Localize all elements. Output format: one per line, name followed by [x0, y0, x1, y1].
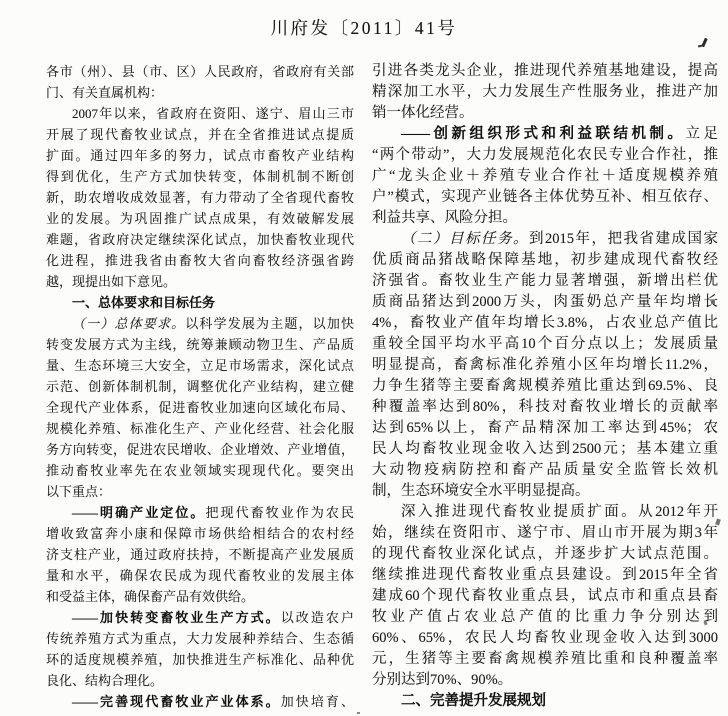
body-text-run: 建成60个现代畜牧业重点县，试点市和重点县畜 [372, 588, 718, 604]
scan-speck [711, 300, 715, 304]
body-text-run: 越，现提出如下意见。 [46, 274, 176, 289]
text-line: 各市（州）、县（市、区）人民政府，省政府有关部 [46, 61, 354, 82]
body-text-run: 规模化养殖、标准化生产、产业化经营、社会化服 [46, 421, 354, 436]
text-line: 化进程，推进我省由畜牧大省向畜牧经济强省跨 [46, 250, 354, 271]
body-text-run: 增收致富奔小康和保障市场供给相结合的农村经 [46, 526, 354, 541]
body-text-run: 户”模式，实现产业链各主体优势互补、相互依存、 [372, 189, 718, 205]
text-line: 规模化养殖、标准化生产、产业化经营、社会化服 [46, 418, 354, 439]
body-text-run: 良化、结构合理化。 [46, 673, 163, 688]
body-text-run: 量、生态环境三大安全，立足市场需求，深化试点 [46, 358, 354, 373]
text-line: 4%，畜牧业产值年均增长3.8%，占农业总产值比 [372, 313, 718, 334]
text-line: 质商品猪达到2000万头，肉蛋奶总产量年均增长 [372, 292, 718, 313]
body-text-run: 以科学发展为主题，以加快 [185, 316, 354, 331]
body-text-run: 民人均畜牧业现金收入达到2500元；基本建立重 [372, 441, 718, 457]
text-line: 二、完善提升发展规划 [372, 691, 718, 712]
body-text-run: 重较全国平均水平高10个百分点以上；发展质量 [372, 336, 718, 352]
body-text-run: 精深加工水平，大力发展生产性服务业，推进产加 [372, 84, 718, 100]
body-text-run: 难题，省政府决定继续深化试点，加快畜牧业现代 [46, 232, 354, 247]
body-text-run: 力争生猪等主要畜禽规模养殖比重达到69.5%、良 [372, 378, 718, 394]
text-line: 示范、创新体制机制，调整优化产业结构，建立健 [46, 376, 354, 397]
text-line: 分别达到70%、90%。 [372, 670, 718, 691]
body-text-run: 种覆盖率达到80%，科技对畜牧业增长的贡献率 [372, 399, 718, 415]
text-line: 增收致富奔小康和保障市场供给相结合的农村经 [46, 523, 354, 544]
text-line: 传统养殖方式为重点，大力发展种养结合、生态循 [46, 628, 354, 649]
text-line: ——明确产业定位。把现代畜牧业作为农民 [46, 502, 354, 523]
text-line: 始，继续在资阳市、遂宁市、眉山市开展为期3年 [372, 523, 718, 544]
body-text-run: 示范、创新体制机制，调整优化产业结构，建立健 [46, 379, 354, 394]
text-line: 制，生态环境安全水平明显提高。 [372, 481, 718, 502]
body-text-run: 元，生猪等主要畜禽规模养殖比重和良种覆盖率 [372, 651, 718, 667]
text-line: 务方向转变，促进农民增收、企业增效、产业增值， [46, 439, 354, 460]
body-text-run: 以下重点： [46, 484, 111, 499]
body-text-run: 门、有关直属机构： [46, 85, 163, 100]
text-line: 量、生态环境三大安全，立足市场需求，深化试点 [46, 355, 354, 376]
text-line: 开展了现代畜牧业试点，并在全省推进试点提质 [46, 124, 354, 145]
scan-speck [357, 712, 360, 714]
text-line: 全现代产业体系，促进畜牧业加速向区域化布局、 [46, 397, 354, 418]
text-line: 济强省。畜牧业生产能力显著增强，新增出栏优 [372, 271, 718, 292]
bold-heading-run: 一、总体要求和目标任务 [72, 295, 215, 310]
text-line: 量和水平，确保农民成为现代畜牧业的发展主体 [46, 565, 354, 586]
text-line: 引进各类龙头企业，推进现代养殖基地建设，提高 [372, 61, 718, 82]
text-line: 扩面。通过四年多的努力，试点市畜牧产业结构 [46, 145, 354, 166]
body-text-run: 环的适度规模养殖，加快推进生产标准化、品种优 [46, 652, 354, 667]
body-text-run: 2007年以来，省政府在资阳、遂宁、眉山三市 [72, 106, 354, 121]
doc-number: 川府发〔2011〕41号 [0, 15, 728, 40]
text-line: 新，助农增收成效显著，有力带动了全省现代畜牧 [46, 187, 354, 208]
body-text-run: 4%，畜牧业产值年均增长3.8%，占农业总产值比 [372, 315, 718, 331]
body-text-run: 各市（州）、县（市、区）人民政府，省政府有关部 [46, 64, 354, 79]
body-text-run: 传统养殖方式为重点，大力发展种养结合、生态循 [46, 631, 354, 646]
bold-heading-run: 二、完善提升发展规划 [401, 693, 546, 709]
bold-heading-run: ——明确产业定位。 [72, 505, 205, 520]
scan-speck [697, 36, 711, 52]
body-text-run: 加快培育、 [281, 694, 354, 709]
text-line: 重较全国平均水平高10个百分点以上；发展质量 [372, 334, 718, 355]
body-text-run: 推动畜牧业率先在农业领域实现现代化。要突出 [46, 463, 354, 478]
body-text-run: 以改造农户 [281, 610, 354, 625]
body-text-run: 到2015年，把我省建成国家 [529, 231, 718, 247]
text-line: 以下重点： [46, 481, 354, 502]
text-line: 明显提高，畜禽标准化养殖小区年均增长11.2%， [372, 355, 718, 376]
text-line: （二）目标任务。到2015年，把我省建成国家 [372, 229, 718, 250]
body-text-run: 的现代畜牧业深化试点，并逐步扩大试点范围。 [372, 546, 718, 562]
body-text-run: 质商品猪达到2000万头，肉蛋奶总产量年均增长 [372, 294, 718, 310]
body-text-run: 新，助农增收成效显著，有力带动了全省现代畜牧 [46, 190, 354, 205]
body-text-run: 销一体化经营。 [372, 105, 474, 121]
body-text-run: 务方向转变，促进农民增收、企业增效、产业增值， [46, 442, 354, 457]
text-line: 业的发展。为巩固推广试点成果，有效破解发展 [46, 208, 354, 229]
body-text-run: 立足 [686, 126, 719, 142]
text-line: “两个带动”，大力发展规范化农民专业合作社，推 [372, 145, 718, 166]
body-text-run: 得到优化，生产方式加快转变，体制机制不断创 [46, 169, 354, 184]
body-text-run: 济强省。畜牧业生产能力显著增强，新增出栏优 [372, 273, 718, 289]
text-line: 大动物疫病防控和畜产品质量安全监管长效机 [372, 460, 718, 481]
body-text-run: 量和水平，确保农民成为现代畜牧业的发展主体 [46, 568, 354, 583]
text-line: 牧业产值占农业总产值的比重力争分别达到 [372, 607, 718, 628]
right-column: 引进各类龙头企业，推进现代养殖基地建设，提高精深加工水平，大力发展生产性服务业，… [372, 61, 718, 712]
body-text-run: 把现代畜牧业作为农民 [205, 505, 354, 520]
text-line: 2007年以来，省政府在资阳、遂宁、眉山三市 [46, 103, 354, 124]
text-line: ——加快转变畜牧业生产方式。以改造农户 [46, 607, 354, 628]
body-text-run: 全现代产业体系，促进畜牧业加速向区域化布局、 [46, 400, 354, 415]
text-line: （一）总体要求。以科学发展为主题，以加快 [46, 313, 354, 334]
text-line: 良化、结构合理化。 [46, 670, 354, 691]
bold-heading-run: ——加快转变畜牧业生产方式。 [72, 610, 281, 625]
bold-heading-run: ——完善现代畜牧业产业体系。 [72, 694, 281, 709]
text-line: 达到65%以上，畜产品精深加工率达到45%；农 [372, 418, 718, 439]
text-line: 力争生猪等主要畜禽规模养殖比重达到69.5%、良 [372, 376, 718, 397]
text-line: 越，现提出如下意见。 [46, 271, 354, 292]
text-line: 销一体化经营。 [372, 103, 718, 124]
body-text-run: 始，继续在资阳市、遂宁市、眉山市开展为期3年 [372, 525, 718, 541]
body-text-run: 和受益主体，确保畜产品有效供给。 [46, 589, 254, 604]
left-column: 各市（州）、县（市、区）人民政府，省政府有关部门、有关直属机构：2007年以来，… [46, 61, 354, 712]
text-line: 优质商品猪战略保障基地，初步建成现代畜牧经 [372, 250, 718, 271]
body-text-run: 牧业产值占农业总产值的比重力争分别达到 [372, 609, 718, 625]
body-text-run: 业的发展。为巩固推广试点成果，有效破解发展 [46, 211, 354, 226]
text-line: 一、总体要求和目标任务 [46, 292, 354, 313]
text-line: 深入推进现代畜牧业提质扩面。从2012年开 [372, 502, 718, 523]
body-text-run: 济支柱产业，通过政府扶持，不断提高产业发展质 [46, 547, 354, 562]
body-text-run: 扩面。通过四年多的努力，试点市畜牧产业结构 [46, 148, 354, 163]
text-line: 得到优化，生产方式加快转变，体制机制不断创 [46, 166, 354, 187]
body-text-run: 60%、65%，农民人均畜牧业现金收入达到3000 [372, 630, 718, 646]
text-line: 环的适度规模养殖，加快推进生产标准化、品种优 [46, 649, 354, 670]
body-text-run: 继续推进现代畜牧业重点县建设。到2015年全省 [372, 567, 718, 583]
text-line: 的现代畜牧业深化试点，并逐步扩大试点范围。 [372, 544, 718, 565]
text-line: 和受益主体，确保畜产品有效供给。 [46, 586, 354, 607]
body-text-run: 深入推进现代畜牧业提质扩面。从2012年开 [401, 504, 718, 520]
body-text-run: 分别达到70%、90%。 [372, 672, 512, 688]
bold-heading-run: ——创新组织形式和利益联结机制。 [401, 126, 686, 142]
body-text-run: “两个带动”，大力发展规范化农民专业合作社，推 [372, 147, 718, 163]
document-page: 川府发〔2011〕41号 各市（州）、县（市、区）人民政府，省政府有关部门、有关… [0, 0, 728, 716]
text-line: 户”模式，实现产业链各主体优势互补、相互依存、 [372, 187, 718, 208]
text-line: 门、有关直属机构： [46, 82, 354, 103]
body-text-run: 广“龙头企业＋养殖专业合作社＋适度规模养殖 [372, 168, 718, 184]
text-line: 难题，省政府决定继续深化试点，加快畜牧业现代 [46, 229, 354, 250]
scan-speck [715, 519, 721, 526]
body-text-run: 化进程，推进我省由畜牧大省向畜牧经济强省跨 [46, 253, 354, 268]
kai-lead-run: （一）总体要求。 [72, 316, 185, 331]
text-line: 继续推进现代畜牧业重点县建设。到2015年全省 [372, 565, 718, 586]
body-text-run: 大动物疫病防控和畜产品质量安全监管长效机 [372, 462, 718, 478]
body-text-run: 引进各类龙头企业，推进现代养殖基地建设，提高 [372, 63, 718, 79]
body-text-run: 明显提高，畜禽标准化养殖小区年均增长11.2%， [372, 357, 718, 373]
text-line: 济支柱产业，通过政府扶持，不断提高产业发展质 [46, 544, 354, 565]
text-line: 建成60个现代畜牧业重点县，试点市和重点县畜 [372, 586, 718, 607]
text-line: 转变发展方式为主线，统筹兼顾动物卫生、产品质 [46, 334, 354, 355]
body-text-run: 优质商品猪战略保障基地，初步建成现代畜牧经 [372, 252, 718, 268]
text-line: 广“龙头企业＋养殖专业合作社＋适度规模养殖 [372, 166, 718, 187]
body-text-run: 转变发展方式为主线，统筹兼顾动物卫生、产品质 [46, 337, 354, 352]
text-line: 精深加工水平，大力发展生产性服务业，推进产加 [372, 82, 718, 103]
text-line: 60%、65%，农民人均畜牧业现金收入达到3000 [372, 628, 718, 649]
text-line: 元，生猪等主要畜禽规模养殖比重和良种覆盖率 [372, 649, 718, 670]
text-line: 推动畜牧业率先在农业领域实现现代化。要突出 [46, 460, 354, 481]
kai-lead-run: （二）目标任务。 [401, 231, 529, 247]
text-line: 利益共享、风险分担。 [372, 208, 718, 229]
text-line: ——完善现代畜牧业产业体系。加快培育、 [46, 691, 354, 712]
body-text-run: 利益共享、风险分担。 [372, 210, 517, 226]
text-line: ——创新组织形式和利益联结机制。立足 [372, 124, 718, 145]
text-line: 种覆盖率达到80%，科技对畜牧业增长的贡献率 [372, 397, 718, 418]
body-text-run: 达到65%以上，畜产品精深加工率达到45%；农 [372, 420, 718, 436]
body-text-run: 开展了现代畜牧业试点，并在全省推进试点提质 [46, 127, 354, 142]
body-text-run: 制，生态环境安全水平明显提高。 [372, 483, 590, 499]
text-line: 民人均畜牧业现金收入达到2500元；基本建立重 [372, 439, 718, 460]
